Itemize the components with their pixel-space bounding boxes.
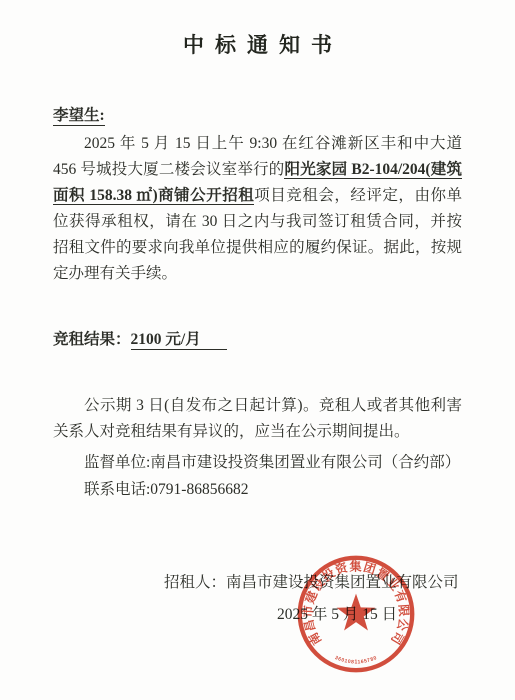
document-body: 李望生: 2025 年 5 月 15 日上午 9:30 在红谷滩新区丰和中大道 …: [53, 103, 462, 628]
lessor-company-name: 南昌市建设投资集团置业有限公司: [226, 574, 459, 591]
seal-code-arc-text: 3601081165780: [334, 655, 378, 665]
rent-result-line: 竞租结果：2100 元/月: [53, 327, 462, 353]
rent-result-value: 2100 元/月: [131, 331, 227, 350]
public-notice-paragraph: 公示期 3 日(自发布之日起计算)。竞租人或者其他利害关系人对竞租结果有异议的，…: [53, 393, 462, 445]
document-title: 中标通知书: [0, 30, 515, 60]
award-paragraph: 2025 年 5 月 15 日上午 9:30 在红谷滩新区丰和中大道 456 号…: [53, 131, 462, 287]
contact-phone-line: 联系电话:0791-86856682: [53, 477, 462, 503]
supervisor-unit-line: 监督单位:南昌市建设投资集团置业有限公司（合约部）: [53, 450, 462, 476]
rent-result-label: 竞租结果：: [53, 331, 131, 348]
lessor-signature-line: 招租人：南昌市建设投资集团置业有限公司: [53, 570, 462, 596]
signature-date: 2025 年 5 月 15 日: [53, 602, 462, 628]
salutation-line: 李望生:: [53, 103, 462, 129]
scanned-document-page: 中标通知书 李望生: 2025 年 5 月 15 日上午 9:30 在红谷滩新区…: [0, 0, 515, 700]
seal-serial-number: 3601081165780: [334, 655, 378, 665]
lessor-label: 招租人：: [164, 574, 226, 591]
addressee-name: 李望生:: [53, 107, 105, 126]
